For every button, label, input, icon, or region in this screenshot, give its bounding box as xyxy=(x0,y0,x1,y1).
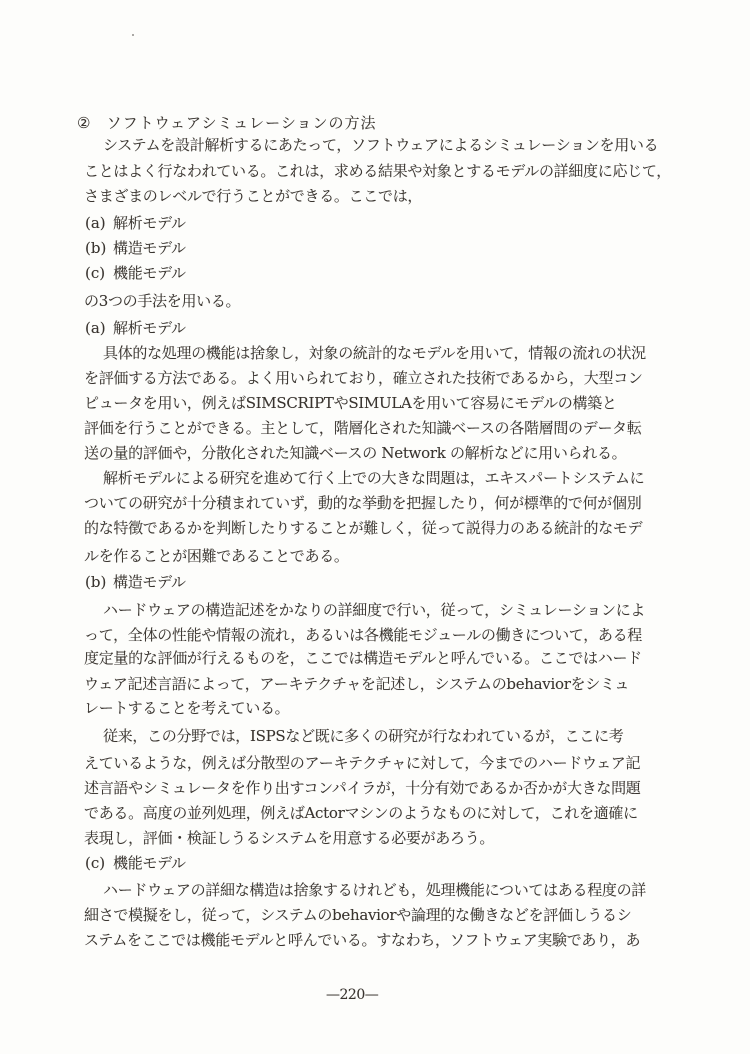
subsection-title: 構造モデル xyxy=(113,573,186,591)
text-line: ハードウェアの詳細な構造は捨象するけれども，処理機能についてはある程度の詳 xyxy=(103,882,646,899)
text-line: 従来，この分野では，ISPSなど既に多くの研究が行なわれているが，ここに考 xyxy=(103,728,623,745)
list-marker: (a) xyxy=(85,215,113,232)
list-label: 機能モデル xyxy=(113,264,186,282)
list-marker: (c) xyxy=(85,265,113,282)
text-line: 解析モデルによる研究を進めて行く上での大きな問題は，エキスパートシステムに xyxy=(103,470,644,487)
text-line: さまざまのレベルで行うことができる。ここでは， xyxy=(84,188,422,205)
text-line: ことはよく行なわれている。これは，求める結果や対象とするモデルの詳細度に応じて， xyxy=(84,163,671,180)
scanned-document-page: ②ソフトウェアシミュレーションの方法 システムを設計解析するにあたって，ソフトウ… xyxy=(0,0,750,1054)
list-item: (c)機能モデル xyxy=(85,265,186,282)
subsection-heading: (c)機能モデル xyxy=(85,855,186,872)
text-line: 表現し，評価・検証しうるシステムを用意する必要があろう。 xyxy=(84,830,494,847)
subsection-marker: (b) xyxy=(85,574,113,591)
text-line: 具体的な処理の機能は捨象し，対象の統計的なモデルを用いて，情報の流れの状況 xyxy=(103,345,646,362)
text-line: って，全体の性能や情報の流れ，あるいは各機能モジュールの働きについて，ある程 xyxy=(84,627,642,644)
subsection-heading: (a)解析モデル xyxy=(85,320,186,337)
text-line: ハードウェアの構造記述をかなりの詳細度で行い，従って，シミュレーションによ xyxy=(103,602,645,619)
text-line: 送の量的評価や，分散化された知識ベースの Network の解析などに用いられる… xyxy=(84,445,626,462)
text-line: ウェア記述言語によって，アーキテクチャを記述し，システムのbehaviorをシミ… xyxy=(84,676,629,693)
list-item: (a)解析モデル xyxy=(85,215,186,232)
text-line: レートすることを考えている。 xyxy=(84,700,289,717)
text-line: である。高度の並列処理，例えばActorマシンのようなものに対して，これを適確に xyxy=(84,805,638,822)
text-line: えているような，例えば分散型のアーキテクチャに対して，今までのハードウェア記 xyxy=(84,755,640,772)
subsection-marker: (a) xyxy=(85,320,113,337)
section-heading: ②ソフトウェアシミュレーションの方法 xyxy=(77,112,377,133)
subsection-heading: (b)構造モデル xyxy=(85,574,186,591)
section-title: ソフトウェアシミュレーションの方法 xyxy=(107,114,377,132)
text-line: ピュータを用い，例えばSIMSCRIPTやSIMULAを用いて容易にモデルの構築… xyxy=(84,395,617,412)
list-label: 解析モデル xyxy=(113,214,186,232)
text-line: ステムをここでは機能モデルと呼んでいる。すなわち，ソフトウェア実験であり，あ xyxy=(84,932,640,949)
text-line: の3つの手法を用いる。 xyxy=(84,293,240,310)
list-marker: (b) xyxy=(85,240,113,257)
section-number: ② xyxy=(77,114,91,132)
subsection-title: 機能モデル xyxy=(113,854,186,872)
subsection-title: 解析モデル xyxy=(113,319,186,337)
text-line: 細さで模擬をし，従って，システムのbehaviorや論理的な働きなどを評価しうる… xyxy=(84,907,631,924)
text-line: ルを作ることが困難であることである。 xyxy=(84,548,349,565)
scan-artifact-dot xyxy=(132,34,134,36)
text-line: 的な特徴であるかを判断したりすることが難しく，従って説得力のある統計的なモデ xyxy=(84,520,642,537)
text-line: 度定量的な評価が行えるものを，ここでは構造モデルと呼んでいる。ここではハード xyxy=(84,650,642,667)
text-line: 述言語やシミュレータを作り出すコンパイラが，十分有効であるか否かが大きな問題 xyxy=(84,780,641,797)
text-line: を評価する方法である。よく用いられており，確立された技術であるから，大型コン xyxy=(84,370,643,387)
text-line: システムを設計解析するにあたって，ソフトウェアによるシミュレーションを用いる xyxy=(103,137,658,154)
list-label: 構造モデル xyxy=(113,239,186,257)
text-line: 評価を行うことができる。主として，階層化された知識ベースの各階層間のデータ転 xyxy=(84,420,642,437)
list-item: (b)構造モデル xyxy=(85,240,186,257)
subsection-marker: (c) xyxy=(85,855,113,872)
text-line: ついての研究が十分積まれていず，動的な挙動を把握したり，何が標準的で何が個別 xyxy=(84,495,641,512)
page-number: —220— xyxy=(326,987,378,1003)
